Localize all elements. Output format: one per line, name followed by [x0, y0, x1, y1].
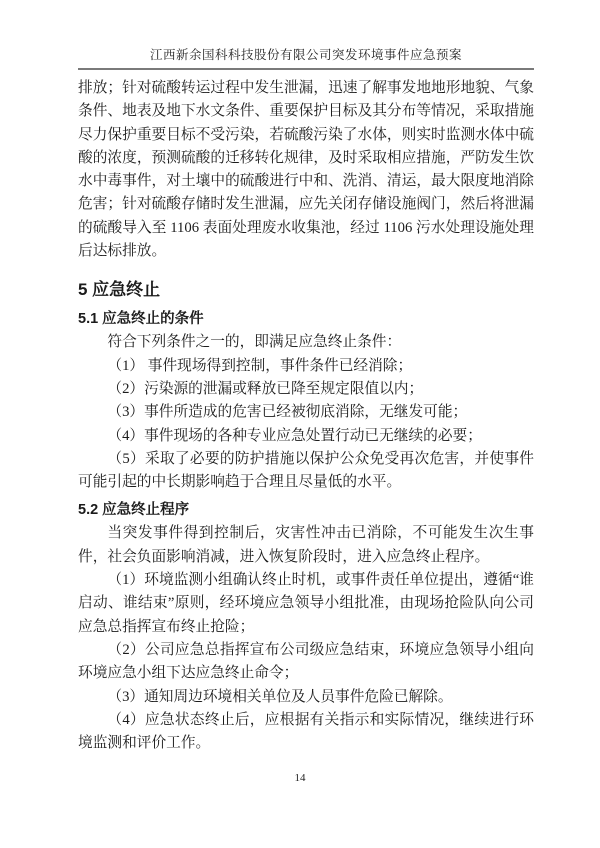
paragraph: （3）事件所造成的危害已经被彻底消除，无继发可能；: [78, 401, 534, 424]
paragraph: （2）污染源的泄漏或释放已降至规定限值以内；: [78, 378, 534, 401]
document-page: 江西新余国科科技股份有限公司突发环境事件应急预案 排放；针对硫酸转运过程中发生泄…: [0, 0, 600, 848]
document-body: 排放；针对硫酸转运过程中发生泄漏，迅速了解事发地地形地貌、气象条件、地表及地下水…: [78, 77, 534, 755]
paragraph: 当突发事件得到控制后，灾害性冲击已消除，不可能发生次生事件，社会负面影响消减，进…: [78, 522, 534, 569]
paragraph: （3）通知周边环境相关单位及人员事件危险已解除。: [78, 686, 534, 709]
section-heading: 5 应急终止: [78, 277, 534, 303]
subsection-heading: 5.1 应急终止的条件: [78, 307, 534, 331]
page-header: 江西新余国科科技股份有限公司突发环境事件应急预案: [78, 0, 534, 70]
page-footer: 14: [0, 772, 600, 784]
page-number: 14: [295, 772, 306, 784]
paragraph: （4）应急状态终止后，应根据有关指示和实际情况，继续进行环境监测和评价工作。: [78, 709, 534, 756]
subsection-heading: 5.2 应急终止程序: [78, 498, 534, 522]
paragraph: 符合下列条件之一的，即满足应急终止条件：: [78, 331, 534, 354]
page-header-title: 江西新余国科科技股份有限公司突发环境事件应急预案: [150, 48, 462, 62]
paragraph: （2）公司应急总指挥宣布公司级应急结束，环境应急领导小组向环境应急小组下达应急终…: [78, 639, 534, 686]
paragraph: （1） 事件现场得到控制，事件条件已经消除；: [78, 355, 534, 378]
paragraph: （5）采取了必要的防护措施以保护公众免受再次危害，并使事件可能引起的中长期影响趋…: [78, 448, 534, 495]
paragraph: （4）事件现场的各种专业应急处置行动已无继续的必要；: [78, 425, 534, 448]
paragraph: 排放；针对硫酸转运过程中发生泄漏，迅速了解事发地地形地貌、气象条件、地表及地下水…: [78, 77, 534, 263]
paragraph: （1）环境监测小组确认终止时机，或事件责任单位提出，遵循“谁启动、谁结束”原则，…: [78, 569, 534, 639]
